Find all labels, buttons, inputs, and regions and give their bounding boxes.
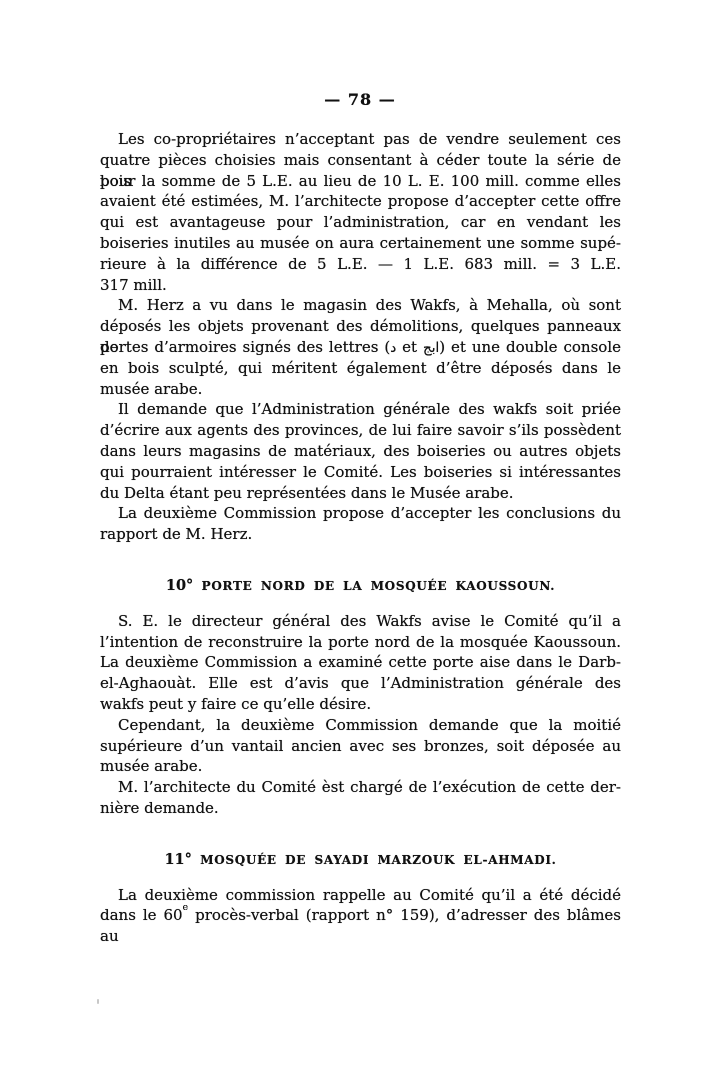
text-line: Cependant, la deuxième Commission demand… [100,715,621,736]
text-line: dans leurs magasins de matériaux, des bo… [100,441,621,462]
text-line: du Delta étant peu représentées dans le … [100,483,621,504]
paragraph: M. Herz a vu dans le magasin des Wakfs, … [100,295,621,399]
section-heading: 10° PORTE NORD DE LA MOSQUÉE KAOUSSOUN. [100,575,621,596]
heading-number: 10° [166,577,193,594]
text-line: qui pourraient intéresser le Comité. Les… [100,462,621,483]
text-line: l’intention de reconstruire la porte nor… [100,632,621,653]
text-segment: boiseries inutiles au musée on aura cert… [100,234,621,252]
text-line: La deuxième commission rappelle au Comit… [100,885,621,906]
text-line: 317 mill. [100,275,621,296]
text-segment: musée arabe. [100,380,202,398]
text-block: Les co-propriétaires n’acceptant pas de … [100,129,621,926]
text-line: qui est avantageuse pour l’administratio… [100,212,621,233]
text-line: pour la somme de 5 L.E. au lieu de 10 L.… [100,171,621,192]
text-segment: Les co-propriétaires n’acceptant pas de … [118,130,621,148]
text-line: Les co-propriétaires n’acceptant pas de … [100,129,621,150]
text-segment: rapport de M. Herz. [100,525,252,543]
text-segment: Cependant, la deuxième Commission demand… [118,716,621,734]
text-segment: supérieure d’un vantail ancien avec ses … [100,737,621,755]
text-line: M. l’architecte du Comité èst chargé de … [100,777,621,798]
heading-number: 11° [164,851,191,868]
text-segment: musée arabe. [100,757,202,775]
paragraph: Il demande que l’Administration générale… [100,399,621,503]
text-segment: M. Herz a vu dans le magasin des Wakfs, … [118,296,621,314]
heading-title: MOSQUÉE DE SAYADI MARZOUK EL-AHMADI. [192,853,557,867]
text-line: M. Herz a vu dans le magasin des Wakfs, … [100,295,621,316]
paragraph: Les co-propriétaires n’acceptant pas de … [100,129,621,295]
text-segment: portes d’armoires signés des lettres ( [100,338,390,356]
text-segment: rieure à la différence de 5 L.E. — 1 L.E… [100,255,621,273]
text-line: portes d’armoires signés des lettres (د … [100,337,621,358]
text-line: wakfs peut y faire ce qu’elle désire. [100,694,621,715]
text-line: S. E. le directeur général des Wakfs avi… [100,611,621,632]
text-line: d’écrire aux agents des provinces, de lu… [100,420,621,441]
text-line: dans le 60e procès-verbal (rapport n° 15… [100,905,621,926]
text-segment: el-Aghaouàt. Elle est d’avis que l’Admin… [100,674,621,692]
superscript: e [183,902,189,913]
paragraph: S. E. le directeur général des Wakfs avi… [100,611,621,715]
text-segment: S. E. le directeur général des Wakfs avi… [118,612,621,630]
paragraph: La deuxième Commission propose d’accepte… [100,503,621,545]
arabic-letters: ابج [423,340,439,356]
text-line: musée arabe. [100,379,621,400]
text-line: el-Aghaouàt. Elle est d’avis que l’Admin… [100,673,621,694]
text-segment: en bois sculpté, qui méritent également … [100,359,621,377]
text-segment: pour la somme de 5 L.E. au lieu de 10 L.… [100,172,621,190]
text-segment: dans leurs magasins de matériaux, des bo… [100,442,621,460]
page-number: — 78 — [0,90,720,109]
document-page: — 78 — Les co-propriétaires n’acceptant … [0,0,720,1082]
text-segment: M. l’architecte du Comité èst chargé de … [118,778,621,796]
text-line: avaient été estimées, M. l’architecte pr… [100,191,621,212]
text-line: supérieure d’un vantail ancien avec ses … [100,736,621,757]
text-line: boiseries inutiles au musée on aura cert… [100,233,621,254]
text-segment: 317 mill. [100,276,167,294]
text-line: Il demande que l’Administration générale… [100,399,621,420]
section-heading: 11° MOSQUÉE DE SAYADI MARZOUK EL-AHMADI. [100,849,621,870]
text-segment: avaient été estimées, M. l’architecte pr… [100,192,621,210]
text-segment: d’écrire aux agents des provinces, de lu… [100,421,621,439]
text-line: déposés les objets provenant des démolit… [100,316,621,337]
text-segment: La deuxième Commission propose d’accepte… [118,504,621,522]
paragraph: Cependant, la deuxième Commission demand… [100,715,621,777]
text-segment: wakfs peut y faire ce qu’elle désire. [100,695,371,713]
text-segment: qui pourraient intéresser le Comité. Les… [100,463,621,481]
text-line: nière demande. [100,798,621,819]
text-segment: qui est avantageuse pour l’administratio… [100,213,621,231]
paragraph: La deuxième commission rappelle au Comit… [100,885,621,927]
text-segment: ) et une double console [439,338,621,356]
text-segment: nière demande. [100,799,219,817]
text-segment: du Delta étant peu représentées dans le … [100,484,514,502]
text-line: musée arabe. [100,756,621,777]
text-line: La deuxième Commission propose d’accepte… [100,503,621,524]
text-line: rieure à la différence de 5 L.E. — 1 L.E… [100,254,621,275]
text-line: La deuxième Commission a examiné cette p… [100,652,621,673]
text-line: quatre pièces choisies mais consentant à… [100,150,621,171]
text-segment: l’intention de reconstruire la porte nor… [100,633,621,651]
heading-title: PORTE NORD DE LA MOSQUÉE KAOUSSOUN. [193,579,555,593]
text-line: rapport de M. Herz. [100,524,621,545]
text-segment: dans le 60 [100,906,183,924]
text-segment: La deuxième Commission a examiné cette p… [100,653,621,671]
text-segment: Il demande que l’Administration générale… [118,400,621,418]
text-line: en bois sculpté, qui méritent également … [100,358,621,379]
paragraph: M. l’architecte du Comité èst chargé de … [100,777,621,819]
text-segment: et [396,338,423,356]
text-segment: La deuxième commission rappelle au Comit… [118,886,621,904]
scan-artifact [97,999,99,1004]
